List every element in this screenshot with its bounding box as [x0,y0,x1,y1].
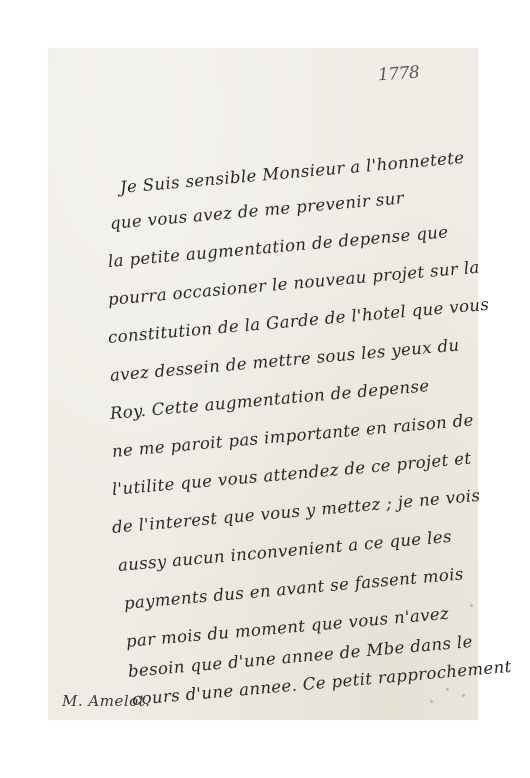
signature: M. Amelot. [62,692,150,710]
paper-speck [446,688,449,691]
paper-speck [430,700,433,703]
year-annotation: 1778 [377,63,420,86]
paper-speck [470,604,473,607]
paper-speck [462,694,465,697]
